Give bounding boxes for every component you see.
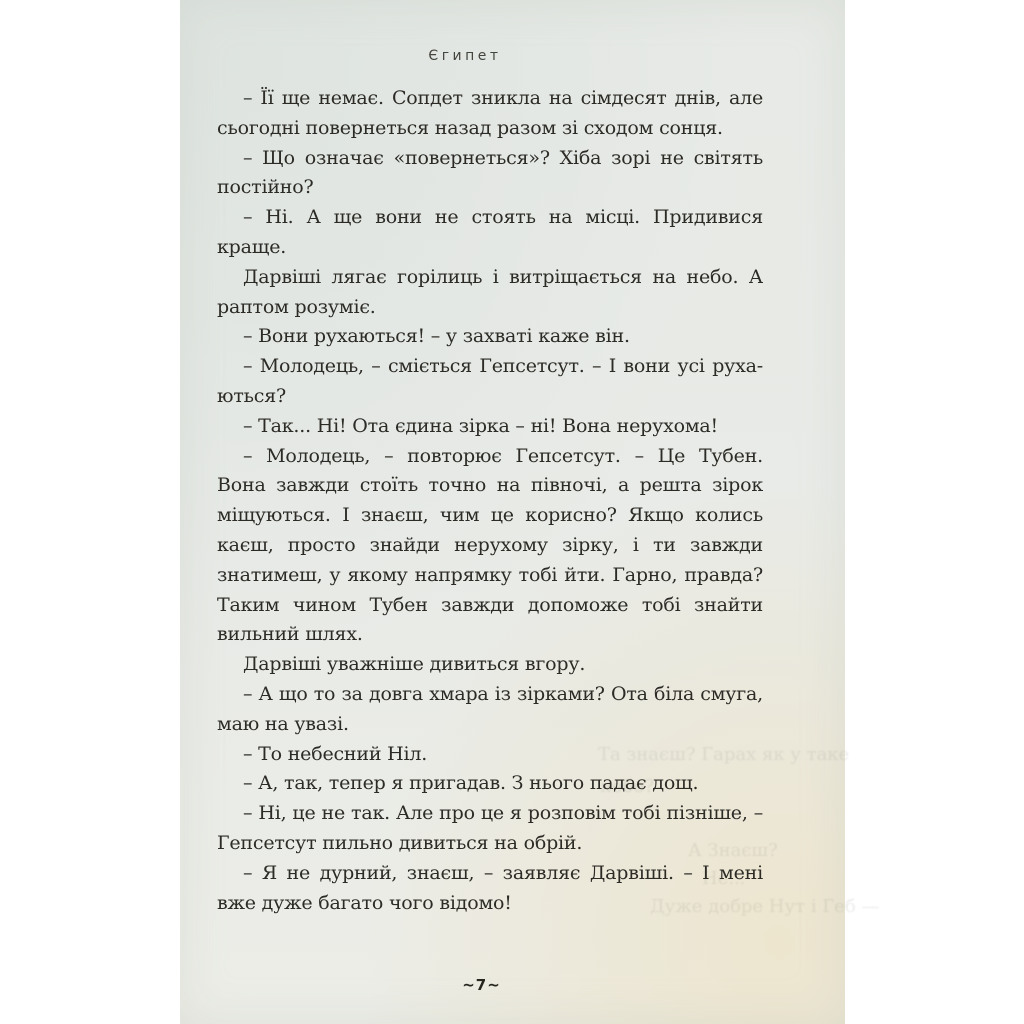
text-line: Вона завжди стоїть точно на півночі, а р…: [217, 471, 763, 501]
text-line: – Молодець, – повторює Гепсетсут. – Це Т…: [217, 442, 763, 472]
text-line: – А, так, тепер я пригадав. З нього пада…: [217, 769, 763, 799]
text-line: раптом розуміє.: [217, 293, 763, 323]
photo-of-book-page: Єгипет Та знаєш? Гарах як у такенебо?А З…: [0, 0, 1024, 1024]
text-line: ються?: [217, 382, 763, 412]
text-line: сьогодні повернеться назад разом зі сход…: [217, 114, 763, 144]
book-page: Єгипет Та знаєш? Гарах як у такенебо?А З…: [180, 0, 845, 1024]
page-number: ~7~: [180, 976, 783, 994]
text-line: – Ні. А ще вони не стоять на місці. Прид…: [217, 203, 763, 233]
text-line: – Я не дурний, знаєш, – заявляє Дарвіші.…: [217, 859, 763, 889]
text-line: Гепсетсут пильно дивиться на обрій.: [217, 829, 763, 859]
text-line: вже дуже багато чого відомо!: [217, 889, 763, 919]
text-line: знатимеш, у якому напрямку тобі йти. Гар…: [217, 561, 763, 591]
text-line: – Так... Ні! Ота єдина зірка – ні! Вона …: [217, 412, 763, 442]
text-line: Дарвіші лягає горілиць і витріщається на…: [217, 263, 763, 293]
text-line: – А що то за довга хмара із зірками? Ота…: [217, 680, 763, 710]
text-line: – Молодець, – сміється Гепсетсут. – І во…: [217, 352, 763, 382]
text-line: маю на увазі.: [217, 710, 763, 740]
text-block: – Її ще немає. Сопдет зникла на сімдесят…: [217, 84, 763, 918]
text-line: каєш, просто знайди нерухому зірку, і ти…: [217, 531, 763, 561]
text-line: постійно?: [217, 173, 763, 203]
text-line: – Ні, це не так. Але про це я розповім т…: [217, 799, 763, 829]
text-line: – Її ще немає. Сопдет зникла на сімдесят…: [217, 84, 763, 114]
text-line: вильний шлях.: [217, 620, 763, 650]
text-line: – То небесний Ніл.: [217, 740, 763, 770]
text-line: міщуються. І знаєш, чим це корисно? Якщо…: [217, 501, 763, 531]
text-line: Дарвіші уважніше дивиться вгору.: [217, 650, 763, 680]
text-line: краще.: [217, 233, 763, 263]
running-head: Єгипет: [180, 48, 750, 64]
text-line: Таким чином Тубен завжди допоможе тобі з…: [217, 591, 763, 621]
text-line: – Вони рухаються! – у захваті каже він.: [217, 322, 763, 352]
text-line: – Що означає «повернеться»? Хіба зорі не…: [217, 144, 763, 174]
